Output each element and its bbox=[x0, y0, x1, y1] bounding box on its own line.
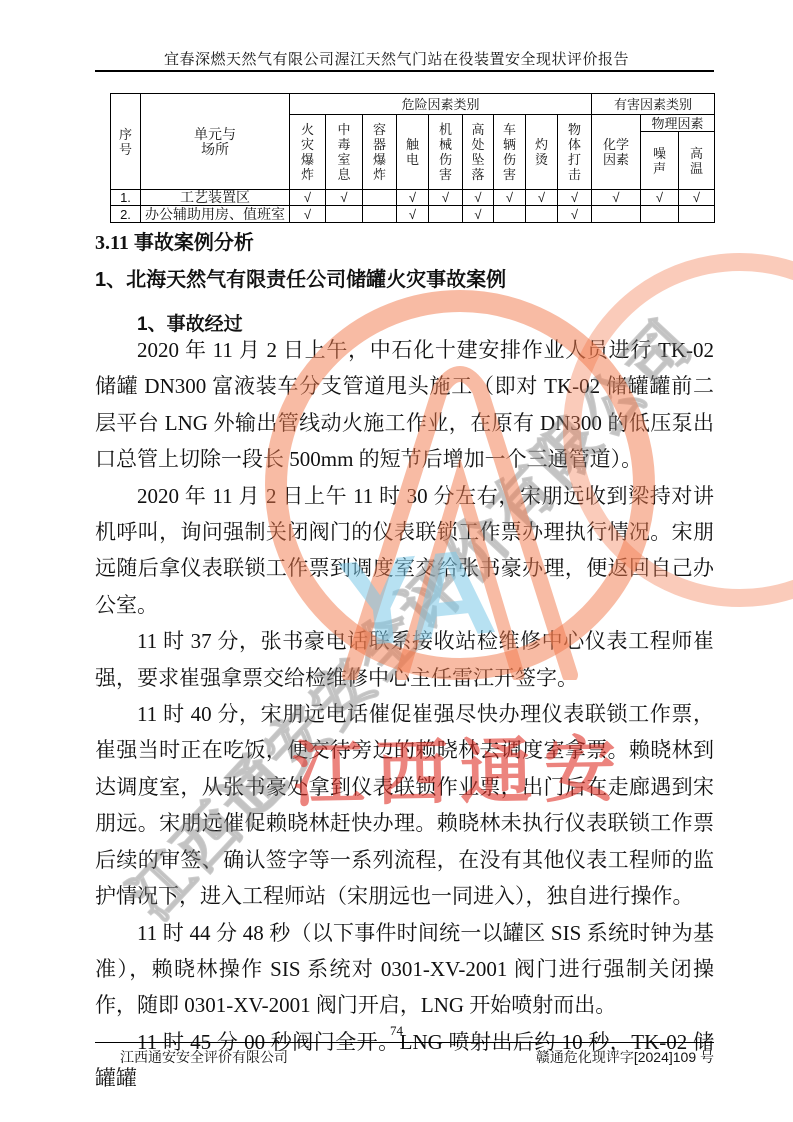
check-cell: √ bbox=[397, 190, 429, 206]
footer-document-number: 赣通危化现评字[2024]109 号 bbox=[95, 1047, 714, 1067]
col-header-scald: 灼 烫 bbox=[526, 115, 558, 190]
body-text: 2020 年 11 月 2 日上午，中石化十建安排作业人员进行 TK-02 储罐… bbox=[95, 332, 714, 1097]
check-cell: √ bbox=[326, 190, 363, 206]
subsection-heading-case-title: 1、北海天然气有限责任公司储罐火灾事故案例 bbox=[95, 263, 506, 292]
page-header-title: 宜春深燃天然气有限公司渥江天然气门站在役装置安全现状评价报告 bbox=[0, 48, 793, 69]
col-header-chemical: 化学 因素 bbox=[592, 115, 641, 190]
check-cell: √ bbox=[429, 190, 463, 206]
check-cell bbox=[641, 206, 679, 223]
group-header-physical: 物理因素 bbox=[641, 115, 715, 132]
check-cell: √ bbox=[494, 190, 526, 206]
col-header-mechanical-injury: 机 械 伤 害 bbox=[429, 115, 463, 190]
check-cell: √ bbox=[641, 190, 679, 206]
report-page: 宜春深燃天然气有限公司渥江天然气门站在役装置安全现状评价报告 序 号 单元与 场… bbox=[0, 0, 793, 1122]
check-cell: √ bbox=[290, 206, 326, 223]
check-cell bbox=[679, 206, 715, 223]
paragraph: 11 时 44 分 48 秒（以下事件时间统一以罐区 SIS 系统时钟为基准），… bbox=[95, 915, 714, 1024]
col-header-heat: 高 温 bbox=[679, 132, 715, 190]
check-cell bbox=[363, 190, 397, 206]
row-serial: 1. bbox=[111, 190, 141, 206]
paragraph: 11 时 37 分，张书豪电话联系接收站检维修中心仪表工程师崔强，要求崔强拿票交… bbox=[95, 623, 714, 696]
check-cell: √ bbox=[592, 190, 641, 206]
header-rule bbox=[95, 70, 714, 72]
check-cell bbox=[494, 206, 526, 223]
check-cell: √ bbox=[558, 206, 592, 223]
check-cell: √ bbox=[679, 190, 715, 206]
check-cell bbox=[363, 206, 397, 223]
check-cell bbox=[526, 206, 558, 223]
check-cell: √ bbox=[526, 190, 558, 206]
check-cell: √ bbox=[290, 190, 326, 206]
col-header-electric-shock: 触 电 bbox=[397, 115, 429, 190]
check-cell: √ bbox=[463, 206, 494, 223]
col-header-object-strike: 物 体 打 击 bbox=[558, 115, 592, 190]
row-serial: 2. bbox=[111, 206, 141, 223]
check-cell bbox=[326, 206, 363, 223]
footer-rule bbox=[95, 1042, 714, 1043]
col-header-serial: 序 号 bbox=[111, 94, 141, 190]
check-cell bbox=[592, 206, 641, 223]
check-cell: √ bbox=[397, 206, 429, 223]
table-row: 1. 工艺装置区 √ √ √ √ √ √ √ √ √ √ √ bbox=[111, 190, 715, 206]
check-cell: √ bbox=[463, 190, 494, 206]
group-header-harmful: 有害因素类别 bbox=[592, 94, 715, 115]
check-cell: √ bbox=[558, 190, 592, 206]
section-heading-case-analysis: 3.11 事故案例分析 bbox=[95, 226, 254, 255]
col-header-vessel-explosion: 容 器 爆 炸 bbox=[363, 115, 397, 190]
row-unit-name: 办公辅助用房、值班室 bbox=[141, 206, 290, 223]
row-unit-name: 工艺装置区 bbox=[141, 190, 290, 206]
hazard-factor-table: 序 号 单元与 场所 危险因素类别 有害因素类别 火 灾 爆 炸 中 毒 室 息… bbox=[110, 93, 715, 223]
table-row: 2. 办公辅助用房、值班室 √ √ √ √ bbox=[111, 206, 715, 223]
col-header-fall-height: 高 处 坠 落 bbox=[463, 115, 494, 190]
paragraph: 2020 年 11 月 2 日上午，中石化十建安排作业人员进行 TK-02 储罐… bbox=[95, 332, 714, 478]
col-header-poison-asphyxia: 中 毒 室 息 bbox=[326, 115, 363, 190]
col-header-vehicle-injury: 车 辆 伤 害 bbox=[494, 115, 526, 190]
check-cell bbox=[429, 206, 463, 223]
col-header-fire-explosion: 火 灾 爆 炸 bbox=[290, 115, 326, 190]
group-header-danger: 危险因素类别 bbox=[290, 94, 592, 115]
paragraph: 2020 年 11 月 2 日上午 11 时 30 分左右，宋朋远收到梁持对讲机… bbox=[95, 478, 714, 624]
paragraph: 11 时 40 分，宋朋远电话催促崔强尽快办理仪表联锁工作票，崔强当时正在吃饭，… bbox=[95, 696, 714, 914]
page-number: 74 bbox=[0, 1023, 793, 1039]
col-header-unit: 单元与 场所 bbox=[141, 94, 290, 190]
col-header-noise: 噪 声 bbox=[641, 132, 679, 190]
